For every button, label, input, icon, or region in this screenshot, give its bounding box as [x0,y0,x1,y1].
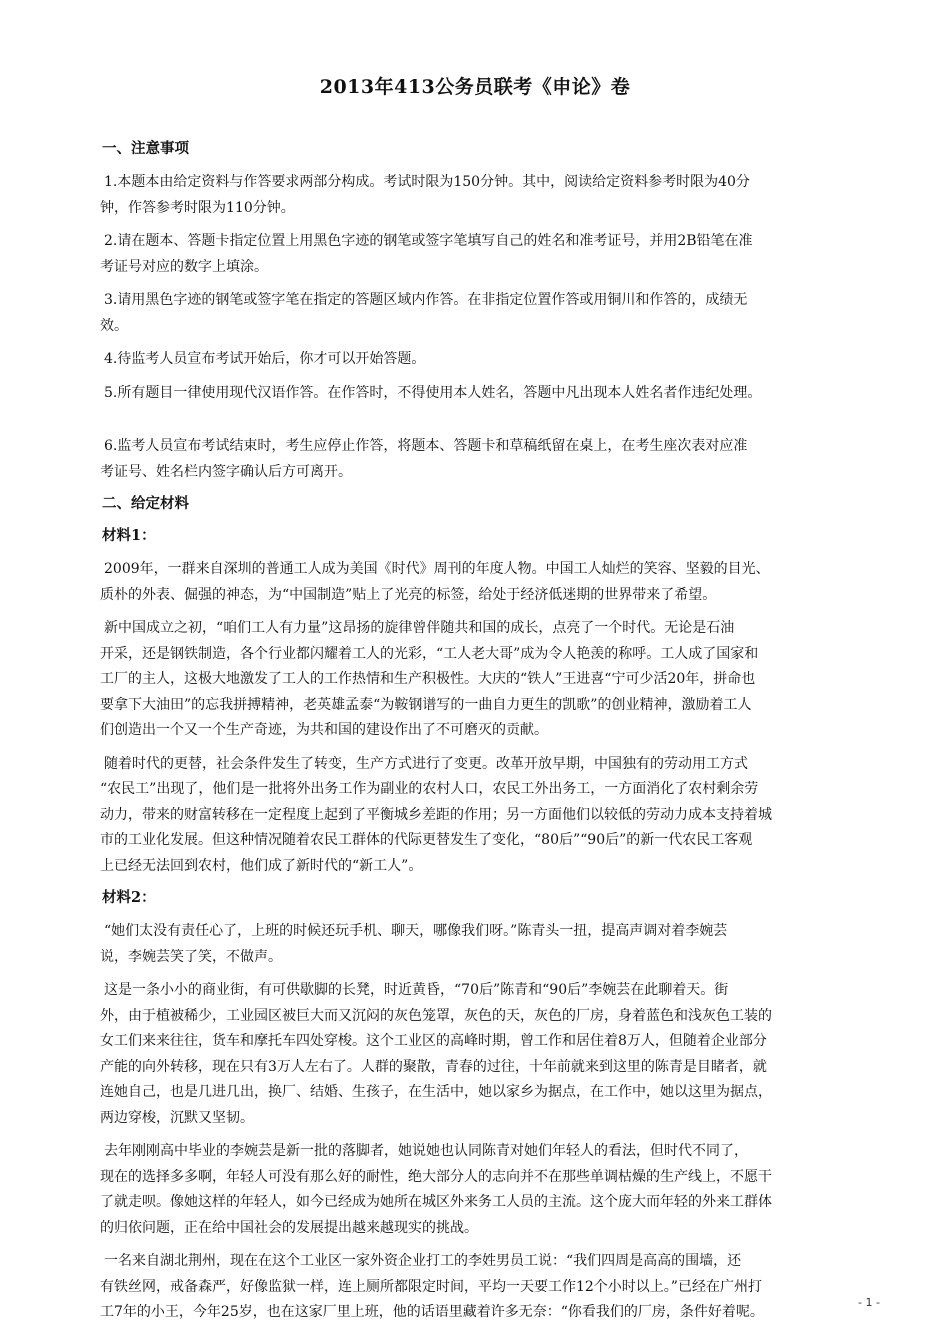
material-paragraph: 新中国成立之初，“咱们工人有力量”这昂扬的旋律曾伴随共和国的成长，点亮了一个时代… [100,616,890,744]
page-number: - 1 - [858,1296,880,1309]
document-page: 2013年413公务员联考《申论》卷 一、注意事项 1.本题本由给定资料与作答要… [0,0,950,1344]
text-line: 说，李婉芸笑了笑，不做声。 [100,945,890,971]
text-line: 1.本题本由给定资料与作答要求两部分构成。考试时限为150分钟。其中，阅读给定资… [100,170,890,196]
text-line: 女工们来来往往，货车和摩托车四处穿梭。这个工业区的高峰时期，曾工作和居住着8万人… [100,1029,890,1055]
text-line: 新中国成立之初，“咱们工人有力量”这昂扬的旋律曾伴随共和国的成长，点亮了一个时代… [100,616,890,642]
text-line: 外，由于植被稀少，工业园区被巨大而又沉闷的灰色笼罩，灰色的天，灰色的厂房，身着蓝… [100,1004,890,1030]
text-line: 工7年的小王，今年25岁，也在这家厂里上班，他的话语里藏着许多无奈：“你看我们的… [100,1300,890,1326]
spacer [100,414,890,434]
text-line: “农民工”出现了，他们是一批将外出务工作为副业的农村人口，农民工外出务工，一方面… [100,777,890,803]
material-label: 材料1： [102,525,890,547]
notice-item: 5.所有题目一律使用现代汉语作答。在作答时，不得使用本人姓名，答题中凡出现本人姓… [100,381,890,407]
text-line: 上已经无法回到农村，他们成了新时代的“新工人”。 [100,854,890,880]
text-line: 了就走呗。像她这样的年轻人，如今已经成为她所在城区外来务工人员的主流。这个庞大而… [100,1190,890,1216]
text-line: 一名来自湖北荆州，现在在这个工业区一家外资企业打工的李姓男员工说：“我们四周是高… [100,1249,890,1275]
text-line: 考证号对应的数字上填涂。 [100,255,890,281]
text-line: 的归依问题，正在给中国社会的发展提出越来越现实的挑战。 [100,1216,890,1242]
text-line: 两边穿梭，沉默又坚韧。 [100,1106,890,1132]
text-line: 2.请在题本、答题卡指定位置上用黑色字迹的钢笔或签字笔填写自己的姓名和准考证号，… [100,229,890,255]
text-line: 效。 [100,314,890,340]
text-line: 质朴的外表、倔强的神态，为“中国制造”贴上了光亮的标签，给处于经济低迷期的世界带… [100,583,890,609]
text-line: 去年刚刚高中毕业的李婉芸是新一批的落脚者，她说她也认同陈青对她们年轻人的看法，但… [100,1139,890,1165]
text-line: 钟，作答参考时限为110分钟。 [100,196,890,222]
text-line: 随着时代的更替，社会条件发生了转变，生产方式进行了变更。改革开放早期，中国独有的… [100,752,890,778]
text-line: 4.待监考人员宣布考试开始后，你才可以开始答题。 [100,347,890,373]
text-line: 工厂的主人，这极大地激发了工人的工作热情和生产积极性。大庆的“铁人”王进喜“宁可… [100,667,890,693]
material-label: 材料2： [102,887,890,909]
notice-item: 2.请在题本、答题卡指定位置上用黑色字迹的钢笔或签字笔填写自己的姓名和准考证号，… [100,229,890,280]
section-heading-materials: 二、给定材料 [102,493,890,515]
document-body: 一、注意事项 1.本题本由给定资料与作答要求两部分构成。考试时限为150分钟。其… [100,138,890,1334]
material-paragraph: 这是一条小小的商业街，有可供歇脚的长凳，时近黄昏，“70后”陈青和“90后”李婉… [100,978,890,1131]
text-line: 考证号、姓名栏内签字确认后方可离开。 [100,460,890,486]
text-line: 连她自己，也是几进几出，换厂、结婚、生孩子，在生活中，她以家乡为据点，在工作中，… [100,1080,890,1106]
text-line: 产能的向外转移，现在只有3万人左右了。人群的聚散，青春的过往，十年前就来到这里的… [100,1055,890,1081]
text-line: 有铁丝网，戒备森严，好像监狱一样，连上厕所都限定时间，平均一天要工作12个小时以… [100,1275,890,1301]
notice-item: 1.本题本由给定资料与作答要求两部分构成。考试时限为150分钟。其中，阅读给定资… [100,170,890,221]
document-title: 2013年413公务员联考《申论》卷 [0,72,950,99]
material-paragraph: 一名来自湖北荆州，现在在这个工业区一家外资企业打工的李姓男员工说：“我们四周是高… [100,1249,890,1326]
text-line: 动力，带来的财富转移在一定程度上起到了平衡城乡差距的作用；另一方面他们以较低的劳… [100,803,890,829]
material-paragraph: 去年刚刚高中毕业的李婉芸是新一批的落脚者，她说她也认同陈青对她们年轻人的看法，但… [100,1139,890,1241]
text-line: 这是一条小小的商业街，有可供歇脚的长凳，时近黄昏，“70后”陈青和“90后”李婉… [100,978,890,1004]
text-line: 要拿下大油田”的忘我拼搏精神，老英雄孟泰“为鞍钢谱写的一曲自力更生的凯歌”的创业… [100,693,890,719]
material-paragraph: 随着时代的更替，社会条件发生了转变，生产方式进行了变更。改革开放早期，中国独有的… [100,752,890,880]
text-line: 6.监考人员宣布考试结束时，考生应停止作答，将题本、答题卡和草稿纸留在桌上，在考… [100,434,890,460]
notice-item: 6.监考人员宣布考试结束时，考生应停止作答，将题本、答题卡和草稿纸留在桌上，在考… [100,434,890,485]
material-paragraph: “她们太没有责任心了，上班的时候还玩手机、聊天，哪像我们呀。”陈青头一扭，提高声… [100,919,890,970]
notes-list: 1.本题本由给定资料与作答要求两部分构成。考试时限为150分钟。其中，阅读给定资… [100,170,890,485]
material-paragraph: 2009年，一群来自深圳的普通工人成为美国《时代》周刊的年度人物。中国工人灿烂的… [100,557,890,608]
text-line: 5.所有题目一律使用现代汉语作答。在作答时，不得使用本人姓名，答题中凡出现本人姓… [100,381,890,407]
text-line: 开采，还是钢铁制造，各个行业都闪耀着工人的光彩，“工人老大哥”成为令人艳羡的称呼… [100,642,890,668]
materials-container: 材料1：2009年，一群来自深圳的普通工人成为美国《时代》周刊的年度人物。中国工… [100,525,890,1326]
text-line: 2009年，一群来自深圳的普通工人成为美国《时代》周刊的年度人物。中国工人灿烂的… [100,557,890,583]
section-heading-notes: 一、注意事项 [102,138,890,160]
text-line: “她们太没有责任心了，上班的时候还玩手机、聊天，哪像我们呀。”陈青头一扭，提高声… [100,919,890,945]
text-line: 现在的选择多多啊，年轻人可没有那么好的耐性，绝大部分人的志向并不在那些单调枯燥的… [100,1165,890,1191]
text-line: 们创造出一个又一个生产奇迹，为共和国的建设作出了不可磨灭的贡献。 [100,718,890,744]
notice-item: 3.请用黑色字迹的钢笔或签字笔在指定的答题区域内作答。在非指定位置作答或用铜川和… [100,288,890,339]
notice-item: 4.待监考人员宣布考试开始后，你才可以开始答题。 [100,347,890,373]
text-line: 市的工业化发展。但这种情况随着农民工群体的代际更替发生了变化，“80后”“90后… [100,828,890,854]
text-line: 3.请用黑色字迹的钢笔或签字笔在指定的答题区域内作答。在非指定位置作答或用铜川和… [100,288,890,314]
